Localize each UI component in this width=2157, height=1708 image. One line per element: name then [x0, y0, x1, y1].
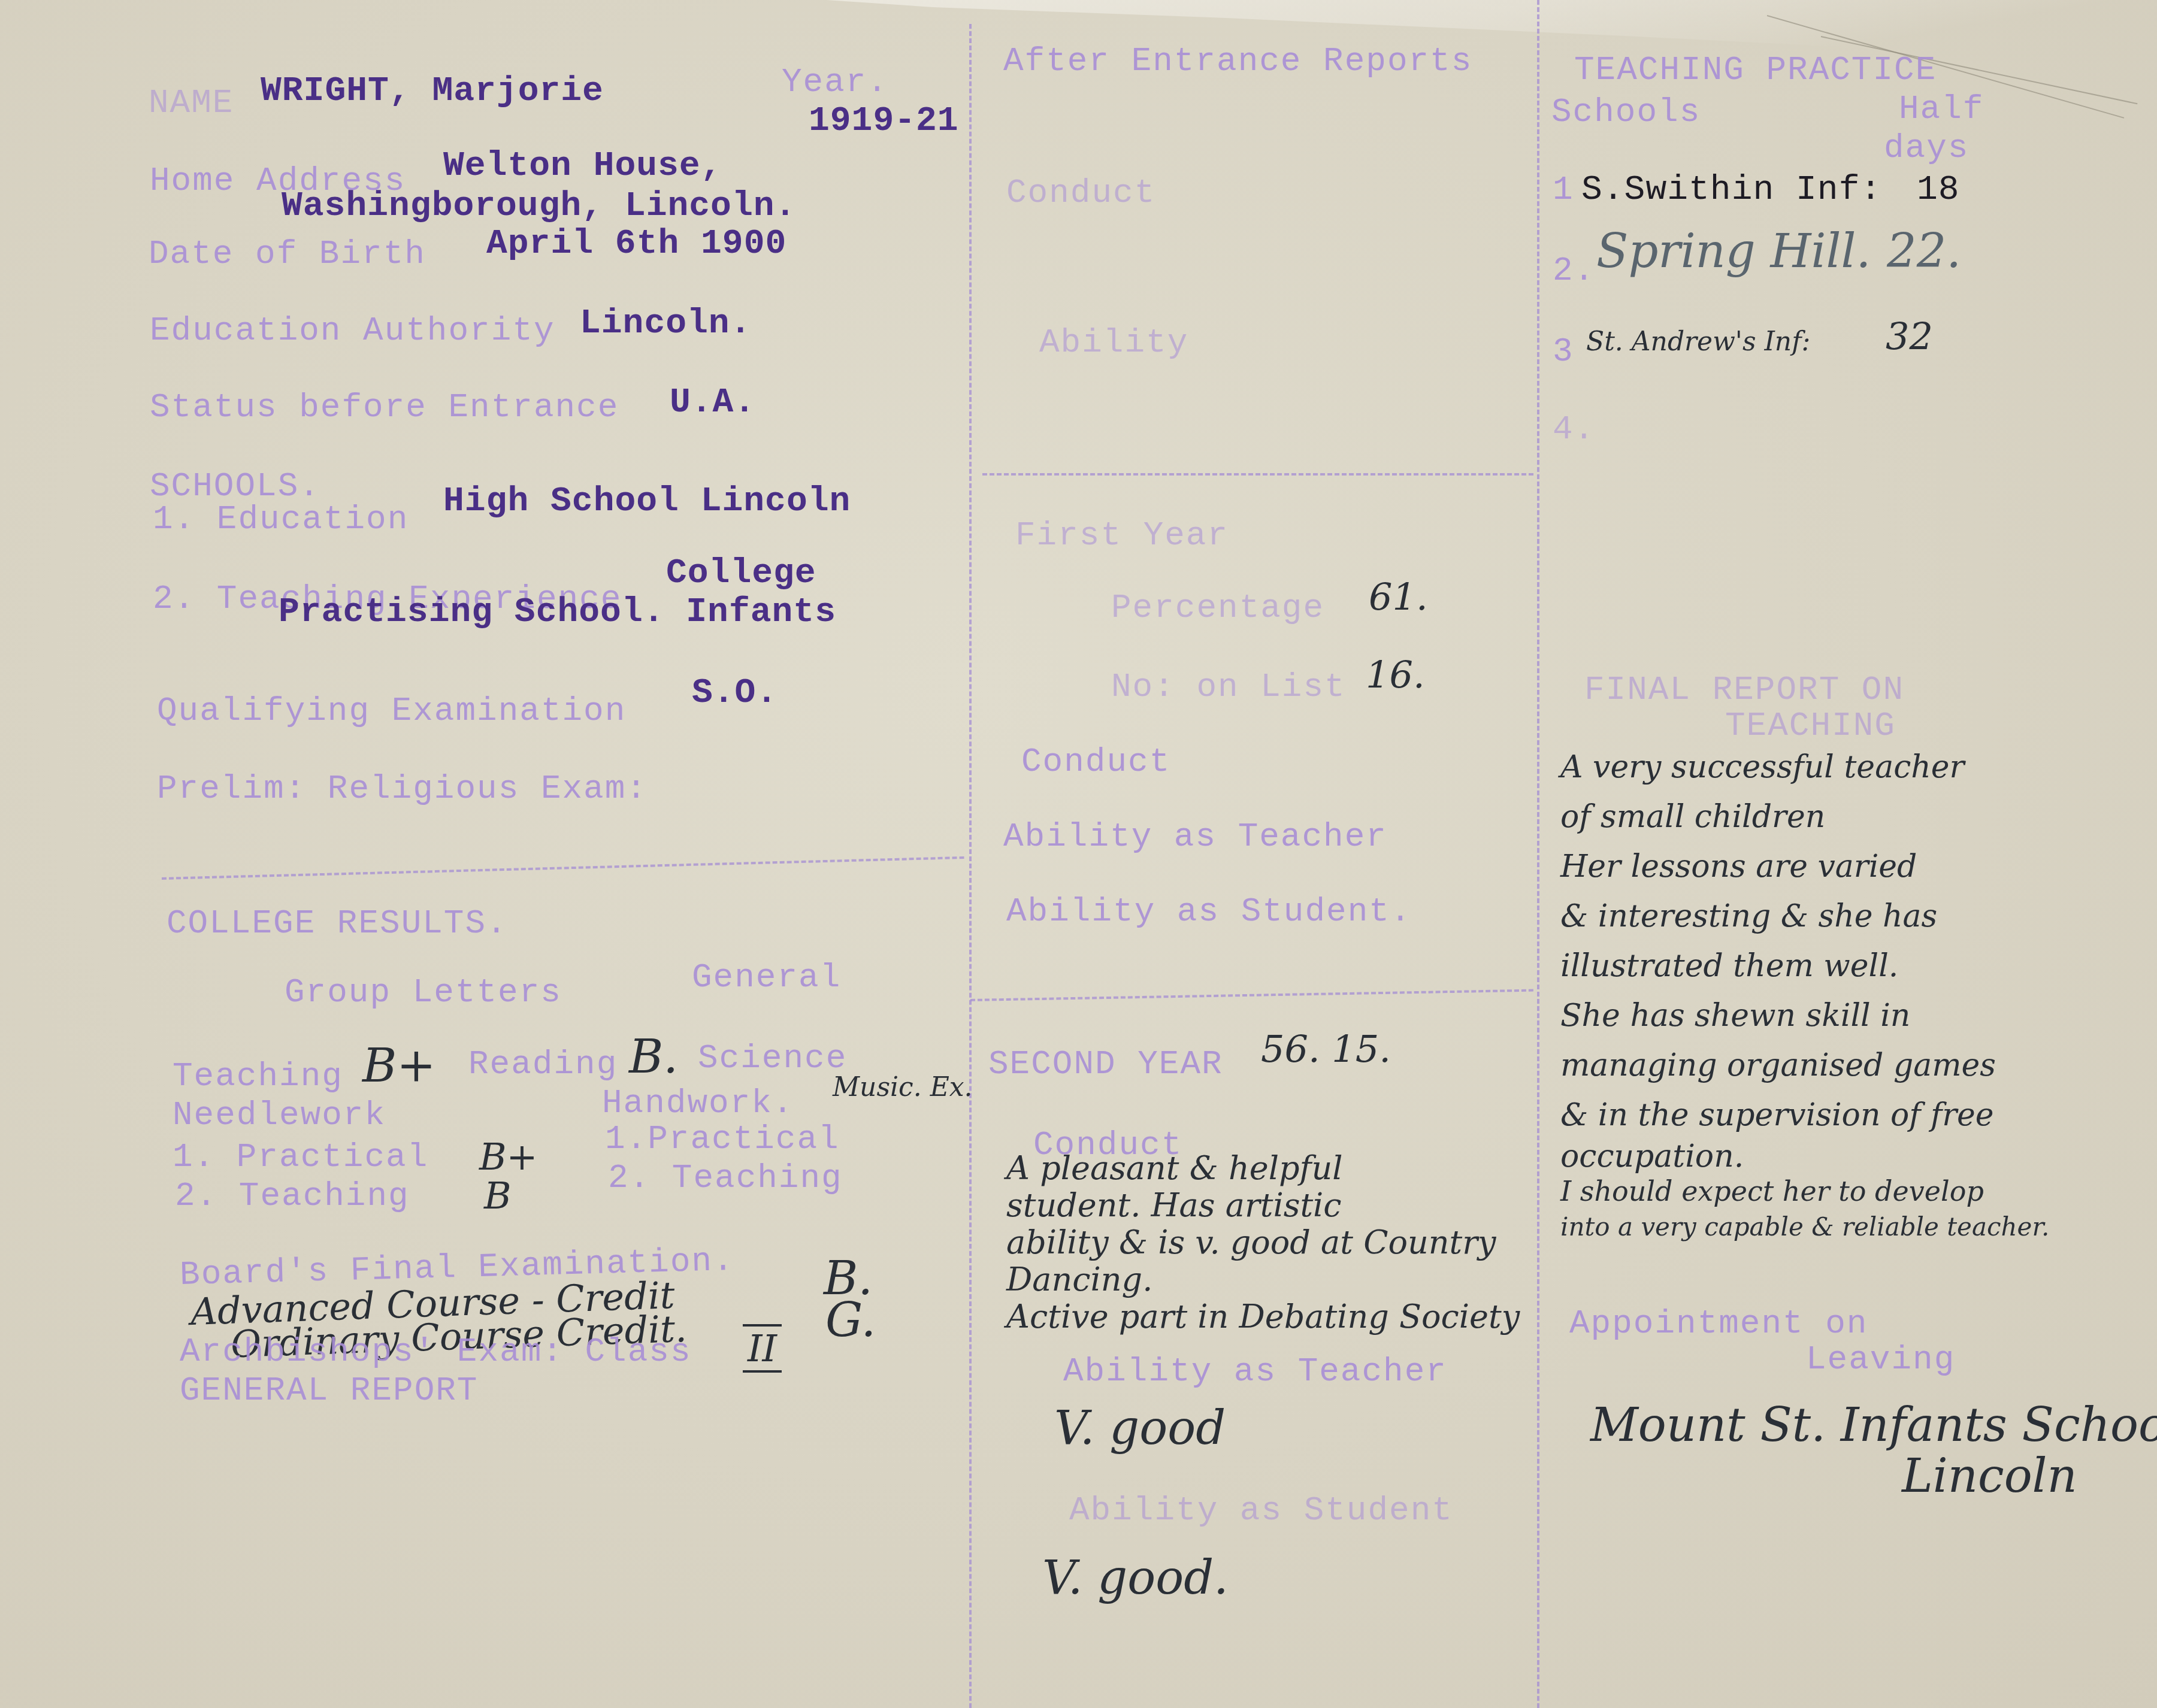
- number-on-list-value: 16.: [1366, 653, 1425, 696]
- home-address-line1: Welton House,: [443, 147, 722, 186]
- handwork-teaching-label: 2. Teaching: [608, 1159, 843, 1197]
- first-year-label: First Year: [1015, 516, 1229, 555]
- name-label: NAME: [149, 84, 234, 122]
- appointment-school: Mount St. Infants School.: [1590, 1398, 2157, 1452]
- handwork-practical-label: 1.Practical: [605, 1120, 840, 1158]
- report-line: illustrated them well.: [1560, 941, 2147, 991]
- year-value: 1919-21: [809, 102, 959, 141]
- remark-line: Active part in Debating Society: [1006, 1298, 1545, 1335]
- second-year-ability-student-value: V. good.: [1042, 1551, 1229, 1605]
- after-entrance-reports-label: After Entrance Reports: [1003, 42, 1472, 80]
- college-results-label: COLLEGE RESULTS.: [167, 904, 508, 943]
- remark-line: student. Has artistic: [1006, 1187, 1545, 1224]
- final-report-label-2: TEACHING: [1725, 707, 1896, 745]
- needlework-practical-label: 1. Practical: [173, 1138, 428, 1176]
- ordinary-course-grade: G.: [825, 1294, 876, 1347]
- name-value: WRIGHT, Marjorie: [261, 72, 604, 111]
- percentage-value: 61.: [1369, 575, 1428, 619]
- practice-row-number: 2.: [1553, 252, 1595, 290]
- general-report-label: GENERAL REPORT: [180, 1371, 478, 1410]
- second-year-ability-teacher-value: V. good: [1054, 1401, 1226, 1455]
- needlework-teaching-label: 2. Teaching: [175, 1177, 410, 1215]
- half-days-label-2: days: [1884, 129, 1969, 167]
- appointment-label-1: Appointment on: [1569, 1304, 1868, 1343]
- year-label: Year.: [782, 63, 888, 101]
- first-year-ability-teacher-label: Ability as Teacher: [1003, 817, 1387, 856]
- report-line: & in the supervision of free: [1560, 1091, 2147, 1140]
- number-on-list-label: No: on List: [1111, 668, 1346, 706]
- report-line: occupation.: [1560, 1140, 2147, 1173]
- practice-row-number: 3: [1553, 332, 1574, 371]
- handwork-label: Handwork.: [602, 1084, 794, 1122]
- report-line: A very successful teacher: [1560, 743, 2147, 792]
- teaching-grade: B+: [362, 1039, 436, 1093]
- first-year-ability-student-label: Ability as Student.: [1006, 892, 1412, 931]
- report-line: Her lessons are varied: [1560, 842, 2147, 892]
- archbishops-exam-label: Archbishops' Exam: Class: [180, 1333, 692, 1371]
- group-letters-label: Group Letters: [285, 973, 562, 1012]
- needlework-label: Needlework: [173, 1096, 386, 1134]
- left-section-divider: [162, 856, 964, 880]
- teaching-subject-label: Teaching: [173, 1057, 343, 1095]
- archbishops-class-value: II: [743, 1324, 782, 1373]
- remark-line: Dancing.: [1006, 1261, 1545, 1298]
- second-year-label: SECOND YEAR: [988, 1045, 1223, 1083]
- entrance-conduct-label: Conduct: [1006, 174, 1155, 212]
- second-year-ability-teacher-label: Ability as Teacher: [1063, 1352, 1447, 1391]
- archbishops-exam-class: II: [743, 1327, 782, 1370]
- needlework-teaching-grade: B: [484, 1174, 512, 1218]
- final-report-remarks: A very successful teacher of small child…: [1560, 743, 2147, 1245]
- practice-row-days: 32: [1886, 314, 1933, 358]
- practice-row-days: 22.: [1887, 225, 1961, 278]
- home-address-line2: Washingborough, Lincoln.: [282, 187, 796, 226]
- half-days-label-1: Half: [1899, 90, 1984, 128]
- middle-section-divider-2: [970, 989, 1533, 1001]
- reading-label: Reading: [468, 1045, 618, 1083]
- practice-row-days: 18: [1917, 171, 1960, 210]
- remark-line: ability & is v. good at Country: [1006, 1224, 1545, 1261]
- teaching-experience-value-2: Practising School. Infants: [279, 593, 836, 632]
- column-divider-right: [1537, 0, 1539, 1708]
- needlework-practical-grade: B+: [479, 1135, 538, 1179]
- science-label: Science: [698, 1039, 847, 1077]
- reading-grade: B.: [629, 1030, 678, 1084]
- appointment-town: Lincoln: [1902, 1449, 2077, 1503]
- practice-row-school: Spring Hill.: [1596, 225, 1871, 278]
- practice-row-school: St. Andrew's Inf:: [1586, 326, 1810, 357]
- report-line: of small children: [1560, 792, 2147, 842]
- second-year-ability-student-label: Ability as Student: [1069, 1491, 1453, 1530]
- handwork-note: Music. Ex.: [833, 1072, 973, 1103]
- prelim-religious-exam-label: Prelim: Religious Exam:: [157, 770, 648, 808]
- column-divider-left: [969, 24, 972, 1708]
- remark-line: A pleasant & helpful: [1006, 1150, 1545, 1187]
- first-year-conduct-label: Conduct: [1021, 743, 1170, 781]
- status-before-entrance-label: Status before Entrance: [150, 388, 619, 426]
- practice-row-school: S.Swithin Inf:: [1581, 171, 1881, 210]
- general-label: General: [692, 958, 841, 997]
- middle-section-divider-1: [982, 473, 1533, 476]
- report-line: & interesting & she has: [1560, 892, 2147, 941]
- date-of-birth-label: Date of Birth: [149, 235, 426, 273]
- date-of-birth-value: April 6th 1900: [486, 225, 786, 264]
- final-report-label-1: FINAL REPORT ON: [1584, 671, 1904, 709]
- second-year-value: 56. 15.: [1261, 1027, 1391, 1071]
- education-school-value: High School Lincoln: [443, 482, 851, 521]
- report-line: I should expect her to develop: [1560, 1173, 2147, 1209]
- education-school-label: 1. Education: [153, 500, 409, 538]
- qualifying-examination-label: Qualifying Examination: [157, 692, 626, 730]
- second-year-conduct-remarks: A pleasant & helpful student. Has artist…: [1006, 1150, 1545, 1335]
- student-record-card: NAME WRIGHT, Marjorie Year. 1919-21 Home…: [0, 0, 2157, 1708]
- qualifying-examination-value: S.O.: [692, 674, 778, 713]
- entrance-ability-label: Ability: [1039, 323, 1188, 362]
- practice-row-number: 1: [1553, 171, 1574, 209]
- schools-column-label: Schools: [1551, 93, 1701, 131]
- report-line: managing organised games: [1560, 1041, 2147, 1091]
- appointment-label-2: Leaving: [1806, 1340, 1955, 1379]
- status-before-entrance-value: U.A.: [670, 383, 755, 422]
- education-authority-label: Education Authority: [150, 311, 555, 350]
- teaching-practice-label: TEACHING PRACTICE: [1574, 51, 1937, 89]
- percentage-label: Percentage: [1111, 589, 1324, 627]
- report-line: into a very capable & reliable teacher.: [1560, 1209, 2147, 1245]
- report-line: She has shewn skill in: [1560, 991, 2147, 1041]
- practice-row-number: 4.: [1553, 410, 1595, 449]
- education-authority-value: Lincoln.: [580, 304, 751, 343]
- teaching-experience-value-1: College: [666, 554, 816, 593]
